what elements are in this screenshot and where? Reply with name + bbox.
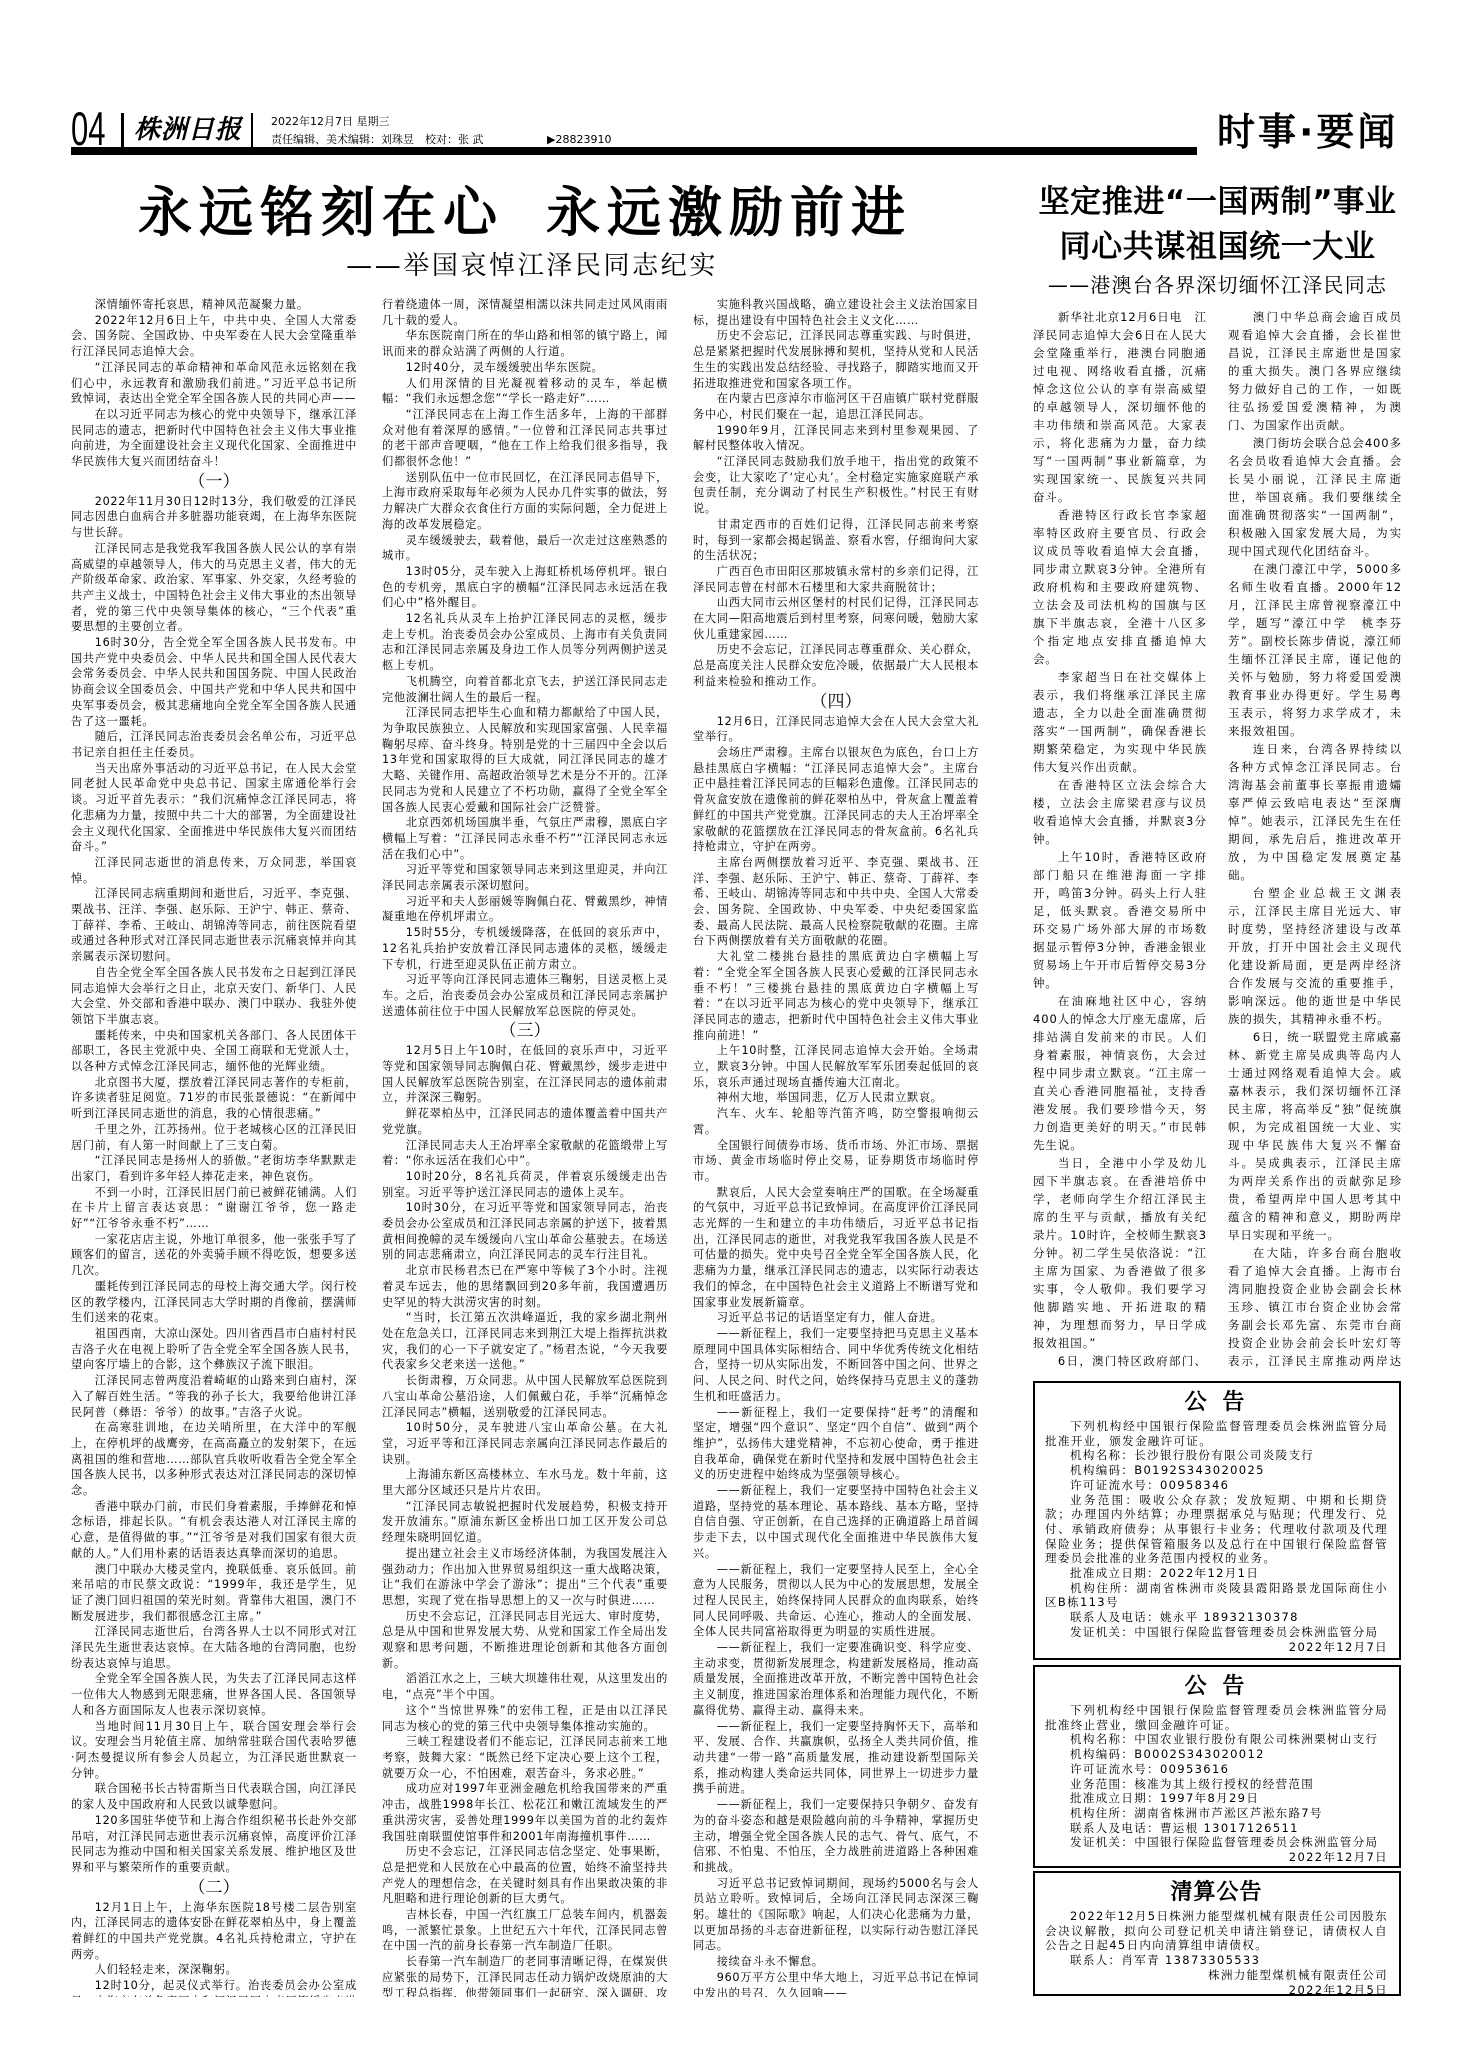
lead-headline: 永远铭刻在心永远激励前进: [71, 183, 979, 243]
notice-body: 下列机构经中国银行保险监督管理委员会株洲监管分局批准开业，颁发金融许可证。 机构…: [1045, 1419, 1388, 1654]
notice-bank-opening: 公 告 下列机构经中国银行保险监督管理委员会株洲监管分局批准开业，颁发金融许可证…: [1033, 1381, 1401, 1660]
paragraph: 送别队伍中一位市民回忆，在江泽民同志倡导下，上海市政府采取每年必须为人民办几件实…: [382, 470, 668, 533]
paragraph: 汽车、火车、轮船等汽笛齐鸣，防空警报响彻云霄。: [693, 1106, 979, 1137]
section-heading: （三）: [382, 1019, 668, 1043]
notice-line: 发证机关：中国银行保险监督管理委员会株洲监管分局: [1045, 1625, 1388, 1640]
paragraph: 2022年12月6日上午，中共中央、全国人大常委会、国务院、全国政协、中央军委在…: [71, 313, 357, 360]
paragraph: 人们轻轻走来，深深鞠躬。: [71, 1962, 357, 1978]
paragraph: “江泽民同志是扬州人的骄傲。”老街坊李华默默走出家门，看到许多年轻人捧花走来，神…: [71, 1153, 357, 1184]
notice-line: 许可证流水号：00958346: [1045, 1478, 1388, 1493]
section-title: 时事·要闻: [1217, 110, 1398, 154]
notice-line: 机构住所：湖南省株洲市芦淞区芦淞东路7号: [1045, 1806, 1388, 1821]
notice-date: 2022年12月7日: [1045, 1640, 1388, 1655]
paragraph: 北京西郊机场国旗半垂，气氛庄严肃穆，黑底白字横幅上写着：“江泽民同志永垂不朽”“…: [382, 815, 668, 862]
paragraph: 台塑企业总裁王文渊表示，江泽民主席目光远大、审时度势，坚持经济建设与改革开放，打…: [1228, 884, 1402, 1028]
notice-line: 发证机关：中国银行保险监督管理委员会株洲监管分局: [1045, 1835, 1388, 1850]
paragraph: 澳门中华总商会逾百成员观看追悼大会直播，会长崔世昌说，江泽民主席逝世是国家的重大…: [1228, 308, 1402, 434]
paragraph: 噩耗传来，中央和国家机关各部门、各人民团体干部职工，各民主党派中央、全国工商联和…: [71, 1028, 357, 1075]
masthead-divider: [251, 113, 253, 149]
paragraph: 这个“当惊世界殊”的宏伟工程，正是由以江泽民同志为核心的党的第三代中央领导集体推…: [382, 1703, 668, 1734]
paragraph: 长街肃穆，万众同悲。从中国人民解放军总医院到八宝山革命公墓沿途，人们佩戴白花，手…: [382, 1373, 668, 1420]
paragraph: “江泽民同志的革命精神和革命风范永远铭刻在我们心中，永远教育和激励我们前进。”习…: [71, 360, 357, 407]
paragraph: 滔滔江水之上，三峡大坝雄伟壮观，从这里发出的电，“点亮”半个中国。: [382, 1671, 668, 1702]
paragraph: ——新征程上，我们一定要坚持中国特色社会主义道路，坚持党的基本理论、基本路线、基…: [693, 1483, 979, 1562]
notice-line: 下列机构经中国银行保险监督管理委员会株洲监管分局批准终止营业，缴回金融许可证。: [1045, 1703, 1388, 1732]
paragraph: 当地时间11月30日上午，联合国安理会举行会议。安理会当月轮值主席、加纳常驻联合…: [71, 1719, 357, 1782]
paragraph: 灵车缓缓驶去，载着他，最后一次走过这座熟悉的城市。: [382, 533, 668, 564]
notice-title: 清算公告: [1045, 1876, 1388, 1909]
lead-headline-part: 永远激励前进: [546, 181, 912, 244]
section-heading: （四）: [693, 690, 979, 714]
paragraph: 北京市民杨君杰已在严寒中等候了3个小时。注视着灵车远去，他的思绪飘回到20多年前…: [382, 1263, 668, 1310]
paragraph: ——新征程上，我们一定要坚持胸怀天下，高举和平、发展、合作、共赢旗帜，弘扬全人类…: [693, 1719, 979, 1798]
paragraph: 实施科教兴国战略，确立建设社会主义法治国家目标，提出建设有中国特色社会主义文化……: [693, 297, 979, 328]
paragraph: 当日，全港中小学及幼儿园下半旗志哀。在香港培侨中学，老师向学生介绍江泽民主席的生…: [1033, 1154, 1207, 1352]
notice-bank-closure: 公 告 下列机构经中国银行保险监督管理委员会株洲监管分局批准终止营业，缴回金融许…: [1033, 1665, 1401, 1868]
paragraph: ——新征程上，我们一定要保持“赶考”的清醒和坚定，增强“四个意识”、坚定“四个自…: [693, 1405, 979, 1484]
paragraph: 上午10时整，江泽民同志追悼大会开始。全场肃立，默哀3分钟。中国人民解放军军乐团…: [693, 1043, 979, 1090]
paragraph: 16时30分，告全党全军全国各族人民书发布。中国共产党中央委员会、中华人民共和国…: [71, 635, 357, 729]
paragraph: 随后，江泽民同志治丧委员会名单公布，习近平总书记亲自担任主任委员。: [71, 729, 357, 760]
paragraph: 成功应对1997年亚洲金融危机给我国带来的严重冲击，战胜1998年长江、松花江和…: [382, 1781, 668, 1844]
paragraph: 默哀后，人民大会堂奏响庄严的国歌。在全场凝重的气氛中，习近平总书记致悼词。在高度…: [693, 1185, 979, 1311]
paragraph: 习近平等党和国家领导同志来到这里迎灵，并向江泽民同志亲属表示深切慰问。: [382, 862, 668, 893]
paragraph: 接续奋斗永不懈怠。: [693, 1954, 979, 1970]
paragraph: 吉林长春，中国一汽红旗工厂总装车间内，机器轰鸣，一派繁忙景象。上世纪五六十年代，…: [382, 1907, 668, 1954]
paragraph-continuation: 行着绕遗体一周，深情凝望相濡以沫共同走过风风雨雨几十载的爱人。: [382, 297, 668, 328]
paragraph: 10时30分，在习近平等党和国家领导同志，治丧委员会办公室成员和江泽民同志亲属的…: [382, 1200, 668, 1263]
paragraph: 习近平总书记的话语坚定有力，催人奋进。: [693, 1310, 979, 1326]
notice-body: 下列机构经中国银行保险监督管理委员会株洲监管分局批准终止营业，缴回金融许可证。 …: [1045, 1703, 1388, 1865]
paragraph: 广西百色市田阳区那坡镇永常村的乡亲们记得，江泽民同志曾在村部木石楼里和大家共商脱…: [693, 564, 979, 595]
paragraph: 全党全军全国各族人民，为失去了江泽民同志这样一位伟大人物感到无限悲痛，世界各国人…: [71, 1671, 357, 1718]
paragraph: 不到一小时，江泽民旧居门前已被鲜花铺满。人们在卡片上留言表达哀思：“谢谢江爷爷，…: [71, 1185, 357, 1232]
lead-subheadline: ——举国哀悼江泽民同志纪实: [78, 250, 986, 282]
paragraph: 会场庄严肃穆。主席台以银灰色为底色，台口上方悬挂黑底白字横幅：“江泽民同志追悼大…: [693, 745, 979, 855]
lead-headline-part: 永远铭刻在心: [138, 181, 504, 244]
paragraph: 习近平等向江泽民同志遗体三鞠躬，目送灵柩上灵车。之后，治丧委员会办公室成员和江泽…: [382, 972, 668, 1019]
paragraph: 甘肃定西市的百姓们记得，江泽民同志前来考察时，每到一家都会揭起锅盖、察看水窖，仔…: [693, 517, 979, 564]
paragraph: 12时10分，起灵仪式举行。治丧委员会办公室成员、上海市有关负责同志和江泽民同志…: [71, 1978, 357, 1997]
paragraph: 北京图书大厦，摆放着江泽民同志著作的专柜前，许多读者驻足阅览。71岁的市民张景德…: [71, 1075, 357, 1122]
notice-line: 许可证流水号：00953616: [1045, 1762, 1388, 1777]
paragraph: 在大陆，许多台商台胞收看了追悼大会直播。上海市台湾同胞投资企业协会副会长林玉珍、…: [1228, 1244, 1402, 1368]
issue-date: 2022年12月7日 星期三: [271, 115, 390, 128]
paragraph: 12时40分，灵车缓缓驶出华东医院。: [382, 360, 668, 376]
notice-title: 公 告: [1045, 1670, 1388, 1703]
paragraph: 12名礼兵从灵车上抬护江泽民同志的灵柩，缓步走上专机。治丧委员会办公室成员、上海…: [382, 611, 668, 674]
paragraph: “江泽民同志在上海工作生活多年，上海的干部群众对他有着深厚的感情。”一位曾和江泽…: [382, 407, 668, 470]
paragraph: 6日，澳门特区政府部门、立法与司法机构、社会团体以及中央驻澳机构、驻澳中资企业等…: [1033, 1352, 1207, 1368]
notice-line: 联系人及电话：曹运根 13017126511: [1045, 1821, 1388, 1836]
notice-line: 机构名称：长沙银行股份有限公司炎陵支行: [1045, 1448, 1388, 1463]
paragraph: 江泽民同志逝世后，台湾各界人士以不同形式对江泽民先生逝世表达哀悼。在大陆各地的台…: [71, 1624, 357, 1671]
notice-line: 机构编码：B0002S343020012: [1045, 1747, 1388, 1762]
paragraph: 1990年9月，江泽民同志来到村里参观果园、了解村民整体收入情况。: [693, 423, 979, 454]
paragraph: 江泽民同志夫人王冶坪率全家敬献的花篮缎带上写着：“你永远活在我们心中”。: [382, 1138, 668, 1169]
paragraph: 历史不会忘记，江泽民同志尊重群众、关心群众，总是高度关注人民群众安危冷暖，依据最…: [693, 642, 979, 689]
paragraph: 江泽民同志逝世的消息传来，万众同悲，举国哀悼。: [71, 855, 357, 886]
paragraph: 12月6日，江泽民同志追悼大会在人民大会堂大礼堂举行。: [693, 714, 979, 745]
header-rule: [71, 147, 1197, 155]
paragraph: 2022年11月30日12时13分，我们敬爱的江泽民同志因患白血病合并多脏器功能…: [71, 494, 357, 541]
paragraph: 香港特区行政长官李家超率特区政府主要官员、行政会议成员等收看追悼大会直播，同步肃…: [1033, 506, 1207, 668]
side-article-column-2: 澳门中华总商会逾百成员观看追悼大会直播，会长崔世昌说，江泽民主席逝世是国家的重大…: [1228, 308, 1402, 1368]
paragraph: 提出建立社会主义市场经济体制，为我国发展注入强劲动力；作出加入世界贸易组织这一重…: [382, 1546, 668, 1609]
paragraph: ——新征程上，我们一定要坚持把马克思主义基本原理同中国具体实际相结合、同中华优秀…: [693, 1326, 979, 1405]
paragraph: 山西大同市云州区堡村的村民们记得，江泽民同志在大同—阳高地震后到村里考察，问寒问…: [693, 595, 979, 642]
paragraph: 在油麻地社区中心，容纳400人的悼念大厅座无虚席，后排站满自发前来的市民。人们身…: [1033, 992, 1207, 1154]
paragraph: 15时55分，专机缓缓降落，在低回的哀乐声中，12名礼兵抬护安放着江泽民同志遗体…: [382, 925, 668, 972]
paragraph: 深情缅怀寄托哀思，精神风范凝聚力量。: [71, 297, 357, 313]
paragraph: 历史不会忘记，江泽民同志目光远大、审时度势，总是从中国和世界发展大势、从党和国家…: [382, 1609, 668, 1672]
section-heading: （二）: [71, 1876, 357, 1900]
paragraph: 飞机腾空，向着首都北京飞去，护送江泽民同志走完他波澜壮阔人生的最后一程。: [382, 674, 668, 705]
paragraph: 长春第一汽车制造厂的老同事清晰记得，在煤炭供应紧张的局势下，江泽民同志任动力锅炉…: [382, 1954, 668, 1997]
paragraph: 12月1日上午，上海华东医院18号楼二层告别室内，江泽民同志的遗体安卧在鲜花翠柏…: [71, 1900, 357, 1963]
notice-line: 机构名称：中国农业银行股份有限公司株洲栗树山支行: [1045, 1732, 1388, 1747]
notice-line: 2022年12月5日株洲力能型煤机械有限责任公司因股东会决议解散，拟向公司登记机…: [1045, 1909, 1388, 1953]
paragraph: 人们用深情的目光凝视着移动的灵车，举起横幅：“我们永远想念您”“学长一路走好”……: [382, 376, 668, 407]
side-article-column-1: 新华社北京12月6日电 江泽民同志追悼大会6日在人民大会堂隆重举行，港澳台同胞通…: [1033, 308, 1207, 1368]
paragraph: 历史不会忘记，江泽民同志尊重实践、与时俱进，总是紧紧把握时代发展脉搏和契机，坚持…: [693, 328, 979, 391]
paragraph: 10时50分，灵车驶进八宝山革命公墓。在大礼堂，习近平等和江泽民同志亲属向江泽民…: [382, 1420, 668, 1467]
notice-line: 下列机构经中国银行保险监督管理委员会株洲监管分局批准开业，颁发金融许可证。: [1045, 1419, 1388, 1448]
notice-line: 业务范围：吸收公众存款；发放短期、中期和长期贷款；办理国内外结算；办理票据承兑与…: [1045, 1493, 1388, 1567]
paragraph: 江泽民同志是我党我军我国各族人民公认的享有崇高威望的卓越领导人，伟大的马克思主义…: [71, 541, 357, 635]
paragraph: 120多国驻华使节和上海合作组织秘书长赴外交部吊唁，对江泽民同志逝世表示沉痛哀悼…: [71, 1813, 357, 1876]
notice-line: 联系人及电话：姚永平 18932130378: [1045, 1610, 1388, 1625]
notice-line: 批准成立日期：2022年12月1日: [1045, 1566, 1388, 1581]
paragraph: 历史不会忘记，江泽民同志信念坚定、处事果断，总是把党和人民放在心中最高的位置，始…: [382, 1844, 668, 1907]
paragraph: 华东医院南门所在的华山路和相邻的镇宁路上，闻讯而来的群众站满了两侧的人行道。: [382, 328, 668, 359]
notice-body: 2022年12月5日株洲力能型煤机械有限责任公司因股东会决议解散，拟向公司登记机…: [1045, 1909, 1388, 1996]
paragraph: 一家花店店主说，外地订单很多，他一张张手写了顾客们的留言，送花的外卖骑手顾不得吃…: [71, 1232, 357, 1279]
paragraph: 主席台两侧摆放着习近平、李克强、栗战书、汪洋、李强、赵乐际、王沪宁、韩正、蔡奇、…: [693, 855, 979, 949]
paragraph: 960万平方公里中华大地上，习近平总书记在悼词中发出的号召，久久回响——: [693, 1970, 979, 1997]
paragraph: 江泽民同志病重期间和逝世后，习近平、李克强、栗战书、汪洋、李强、赵乐际、王沪宁、…: [71, 886, 357, 965]
notice-title: 公 告: [1045, 1386, 1388, 1419]
notice-liquidation: 清算公告 2022年12月5日株洲力能型煤机械有限责任公司因股东会决议解散，拟向…: [1033, 1871, 1401, 1996]
paragraph: 大礼堂二楼挑台悬挂的黑底黄边白字横幅上写着：“全党全军全国各族人民衷心爱戴的江泽…: [693, 949, 979, 1043]
paragraph: 神州大地，举国同悲，亿万人民肃立默哀。: [693, 1090, 979, 1106]
paragraph: ——新征程上，我们一定要保持只争朝夕、奋发有为的奋斗姿态和越是艰险越向前的斗争精…: [693, 1797, 979, 1876]
paragraph: 在高寒驻训地，在边关哨所里，在大洋中的军舰上，在停机坪的战鹰旁，在高高矗立的发射…: [71, 1420, 357, 1499]
paragraph: 连日来，台湾各界持续以各种方式悼念江泽民同志。台湾海基会前董事长辜振甫遗孀辜严倬…: [1228, 740, 1402, 884]
paragraph: 新华社北京12月6日电 江泽民同志追悼大会6日在人民大会堂隆重举行，港澳台同胞通…: [1033, 308, 1207, 506]
paragraph: 三峡工程建设者们不能忘记，江泽民同志前来工地考察，鼓舞大家：“既然已经下定决心要…: [382, 1734, 668, 1781]
lead-article-column-3: 实施科教兴国战略，确立建设社会主义法治国家目标，提出建设有中国特色社会主义文化……: [693, 297, 979, 1997]
newspaper-logo: 株洲日报: [134, 112, 242, 148]
paragraph: 澳门中联办大楼灵堂内，挽联低垂、哀乐低回。前来吊唁的市民蔡文政说：“1999年，…: [71, 1562, 357, 1625]
paragraph: 自告全党全军全国各族人民书发布之日起到江泽民同志追悼大会举行之日止，北京天安门、…: [71, 965, 357, 1028]
paragraph: 澳门街坊会联合总会400多名会员收看追悼大会直播。会长吴小丽说，江泽民主席逝世，…: [1228, 434, 1402, 560]
paragraph: 祖国西南，大凉山深处。四川省西昌市白庙村村民吉洛子火在电视上聆听了告全党全军全国…: [71, 1326, 357, 1373]
editor-credits: 责任编辑、美术编辑：刘珠昱 校对：张 武: [271, 133, 484, 146]
masthead-divider: [121, 113, 124, 149]
lead-article-column-2: 行着绕遗体一周，深情凝望相濡以沫共同走过风风雨雨几十载的爱人。 华东医院南门所在…: [382, 297, 668, 1997]
notice-line: 批准成立日期：1997年8月29日: [1045, 1791, 1388, 1806]
notice-line: 业务范围：核准为其上级行授权的经营范围: [1045, 1777, 1388, 1792]
paragraph: “江泽民同志鼓励我们放手地干，指出党的政策不会变，让大家吃了‘定心丸’。全村稳定…: [693, 454, 979, 517]
paragraph: 江泽民同志把毕生心血和精力都献给了中国人民，为争取民族独立、人民解放和实现国家富…: [382, 705, 668, 815]
paragraph: 香港中联办门前，市民们身着素服，手捧鲜花和悼念标语，排起长队。“有机会表达港人对…: [71, 1499, 357, 1562]
paragraph: ——新征程上，我们一定要坚持人民至上，全心全意为人民服务，贯彻以人民为中心的发展…: [693, 1562, 979, 1641]
paragraph: 全国银行间债券市场、货币市场、外汇市场、票据市场、黄金市场临时停止交易，证券期货…: [693, 1138, 979, 1185]
paragraph: 习近平和夫人彭丽媛等胸佩白花、臂戴黑纱，神情凝重地在停机坪肃立。: [382, 894, 668, 925]
notice-date: 2022年12月5日: [1045, 1983, 1388, 1996]
paragraph: 联合国秘书长古特雷斯当日代表联合国，向江泽民的家人及中国政府和人民致以诚挚慰问。: [71, 1781, 357, 1812]
paragraph: 在澳门濠江中学，5000多名师生收看直播。2000年12月，江泽民主席曾视察濠江…: [1228, 560, 1402, 740]
side-headline-line-2: 同心共谋祖国统一大业: [1025, 229, 1410, 265]
lead-article-column-1: 深情缅怀寄托哀思，精神风范凝聚力量。 2022年12月6日上午，中共中央、全国人…: [71, 297, 357, 1997]
paragraph: 上海浦东新区高楼林立、车水马龙。数十年前，这里大部分区域还只是片片农田。: [382, 1467, 668, 1498]
paragraph: 上午10时，香港特区政府部门船只在维港海面一字排开，鸣笛3分钟。码头上行人驻足，…: [1033, 848, 1207, 992]
paragraph: 当天出席外事活动的习近平总书记，在人民大会堂同老挝人民革命党中央总书记、国家主席…: [71, 761, 357, 855]
paragraph: “江泽民同志敏锐把握时代发展趋势，积极支持开发开放浦东。”原浦东新区金桥出口加工…: [382, 1499, 668, 1546]
paragraph: “当时，长江第五次洪峰逼近，我的家乡湖北荆州处在危急关口，江泽民同志来到荆江大堤…: [382, 1310, 668, 1373]
side-subheadline: ——港澳台各界深切缅怀江泽民同志: [1025, 272, 1410, 298]
paragraph: 10时20分，8名礼兵荷灵，伴着哀乐缓缓走出告别室。习近平等护送江泽民同志的遗体…: [382, 1169, 668, 1200]
paragraph: 在以习近平同志为核心的党中央领导下，继承江泽民同志的遗志，把新时代中国特色社会主…: [71, 407, 357, 470]
paragraph: 噩耗传到江泽民同志的母校上海交通大学。闵行校区的教学楼内，江泽民同志大学时期的肖…: [71, 1279, 357, 1326]
section-heading: （一）: [71, 470, 357, 494]
notice-line: 联系人：肖军青 13873305533: [1045, 1953, 1388, 1968]
paragraph: 6日，统一联盟党主席戚嘉林、新党主席吴成典等岛内人士通过网络观看追悼大会。戚嘉林…: [1228, 1028, 1402, 1244]
paragraph: 在内蒙古巴彦淖尔市临河区干召庙镇广联村党群服务中心，村民们聚在一起，追思江泽民同…: [693, 391, 979, 422]
paragraph: 习近平总书记致悼词期间，现场约5000名与会人员站立聆听。致悼词后，全场向江泽民…: [693, 1876, 979, 1955]
paragraph: ——新征程上，我们一定要准确识变、科学应变、主动求变，贯彻新发展理念，构建新发展…: [693, 1640, 979, 1719]
notice-date: 2022年12月7日: [1045, 1850, 1388, 1865]
paragraph: 鲜花翠柏丛中，江泽民同志的遗体覆盖着中国共产党党旗。: [382, 1106, 668, 1137]
paragraph: 12月5日上午10时，在低回的哀乐声中，习近平等党和国家领导同志胸佩白花、臂戴黑…: [382, 1043, 668, 1106]
hotline-number: ▶28823910: [547, 133, 611, 146]
paragraph: 13时05分，灵车驶入上海虹桥机场停机坪。银白色的专机旁，黑底白字的横幅“江泽民…: [382, 564, 668, 611]
notice-line: 机构住所：湖南省株洲市炎陵县霞阳路景龙国际商住小区B栋113号: [1045, 1581, 1388, 1610]
notice-signature: 株洲力能型煤机械有限责任公司: [1045, 1968, 1388, 1983]
side-headline-line-1: 坚定推进“一国两制”事业: [1025, 184, 1410, 220]
paragraph: 在香港特区立法会综合大楼，立法会主席梁君彦与议员收看追悼大会直播，并默哀3分钟。: [1033, 776, 1207, 848]
notice-line: 机构编码：B0192S343020025: [1045, 1463, 1388, 1478]
paragraph: 李家超当日在社交媒体上表示，我们将继承江泽民主席遗志，全力以赴全面准确贯彻落实“…: [1033, 668, 1207, 776]
paragraph: 江泽民同志曾两度沿着崎岖的山路来到白庙村，深入了解百姓生活。“等我的孙子长大，我…: [71, 1373, 357, 1420]
paragraph: 千里之外，江苏扬州。位于老城核心区的江泽民旧居门前，有人第一时间献上了三支白菊。: [71, 1122, 357, 1153]
